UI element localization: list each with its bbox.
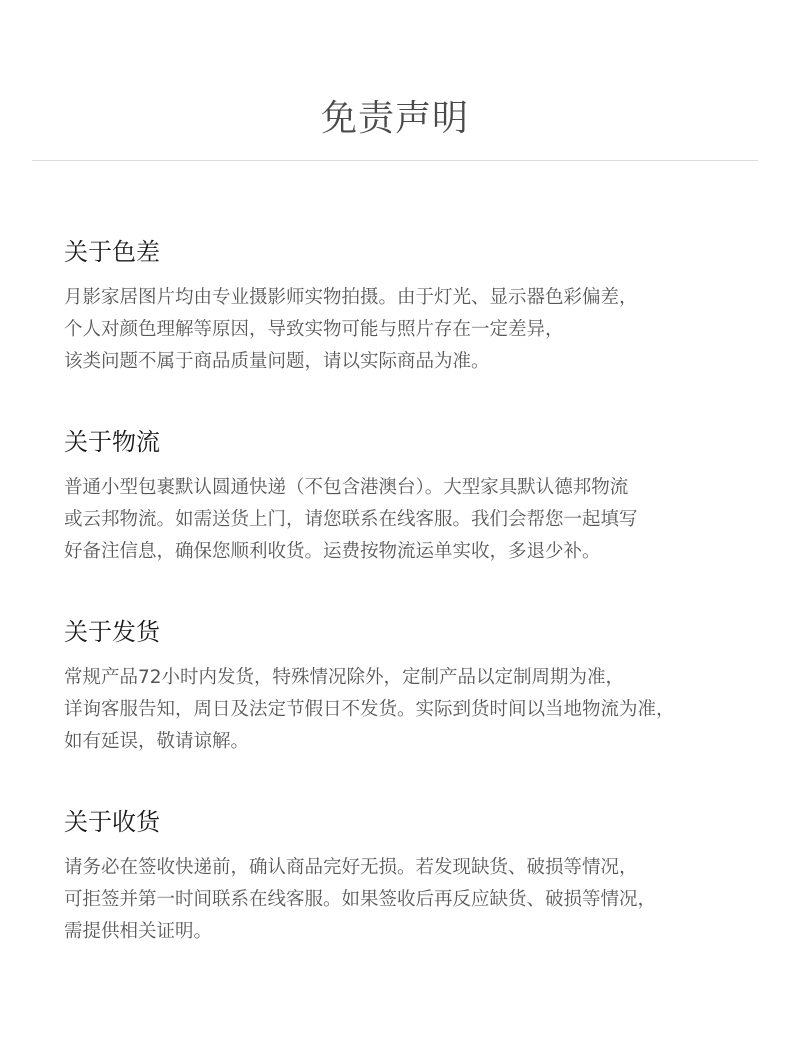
section-text-line: 个人对颜色理解等原因，导致实物可能与照片存在一定差异， — [64, 314, 764, 346]
section-logistics: 关于物流 普通小型包裹默认圆通快递（不包含港澳台）。大型家具默认德邦物流 或云邦… — [64, 426, 764, 568]
section-receiving: 关于收货 请务必在签收快递前，确认商品完好无损。若发现缺货、破损等情况， 可拒签… — [64, 806, 764, 948]
section-text-line: 或云邦物流。如需送货上门，请您联系在线客服。我们会帮您一起填写 — [64, 504, 764, 536]
section-heading: 关于物流 — [64, 426, 764, 458]
page-title: 免责声明 — [0, 94, 790, 144]
section-heading: 关于色差 — [64, 236, 764, 268]
section-heading: 关于发货 — [64, 616, 764, 648]
section-text-line: 普通小型包裹默认圆通快递（不包含港澳台）。大型家具默认德邦物流 — [64, 472, 764, 504]
section-text-line: 月影家居图片均由专业摄影师实物拍摄。由于灯光、显示器色彩偏差， — [64, 282, 764, 314]
section-heading: 关于收货 — [64, 806, 764, 838]
section-color-difference: 关于色差 月影家居图片均由专业摄影师实物拍摄。由于灯光、显示器色彩偏差， 个人对… — [64, 236, 764, 378]
section-text-line: 可拒签并第一时间联系在线客服。如果签收后再反应缺货、破损等情况， — [64, 884, 764, 916]
section-text-line: 如有延误，敬请谅解。 — [64, 726, 764, 758]
section-text-line: 需提供相关证明。 — [64, 916, 764, 948]
title-divider — [32, 160, 758, 161]
section-text-line: 好备注信息，确保您顺利收货。运费按物流运单实收，多退少补。 — [64, 536, 764, 568]
section-text-line: 详询客服告知，周日及法定节假日不发货。实际到货时间以当地物流为准， — [64, 694, 764, 726]
section-text-line: 请务必在签收快递前，确认商品完好无损。若发现缺货、破损等情况， — [64, 852, 764, 884]
section-text-line: 该类问题不属于商品质量问题，请以实际商品为准。 — [64, 346, 764, 378]
section-shipping: 关于发货 常规产品72小时内发货，特殊情况除外，定制产品以定制周期为准， 详询客… — [64, 616, 764, 758]
section-text-line: 常规产品72小时内发货，特殊情况除外，定制产品以定制周期为准， — [64, 662, 764, 694]
